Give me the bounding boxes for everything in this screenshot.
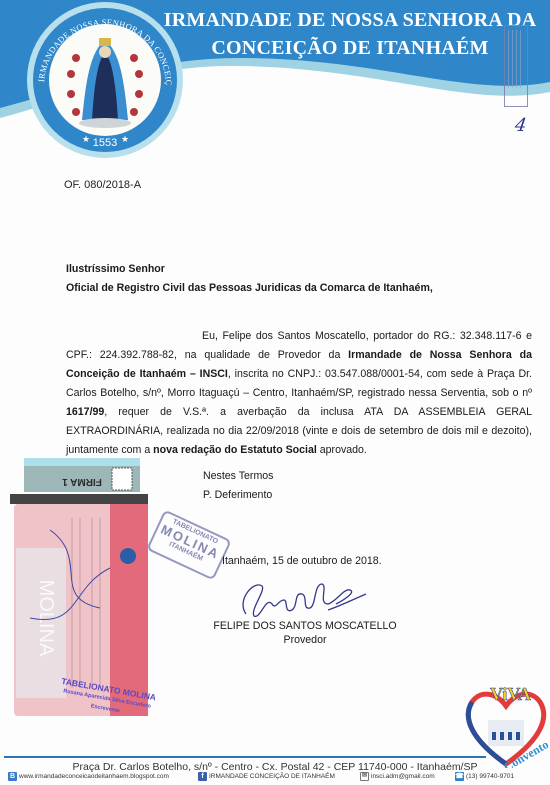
facebook-icon: f bbox=[198, 772, 207, 781]
viva-text: ViVA bbox=[490, 684, 531, 704]
closing-line-1: Nestes Termos bbox=[203, 467, 273, 486]
blog-link[interactable]: B www.irmandadeconceicaodeitanhaem.blogs… bbox=[8, 772, 169, 781]
title-line-2: CONCEIÇÃO DE ITANHAÉM bbox=[160, 34, 540, 62]
phone-link[interactable]: ☎ (13) 99740-9701 bbox=[455, 772, 514, 781]
signer-block: FELIPE DOS SANTOS MOSCATELLO Provedor bbox=[200, 619, 410, 647]
notary-seal-sticker: FIRMA 1 MOLINA bbox=[10, 458, 148, 716]
addressee: Ilustríssimo Senhor Oficial de Registro … bbox=[66, 260, 433, 298]
organization-title: IRMANDADE DE NOSSA SENHORA DA CONCEIÇÃO … bbox=[160, 6, 540, 62]
svg-text:★: ★ bbox=[121, 134, 129, 144]
signer-name: FELIPE DOS SANTOS MOSCATELLO bbox=[200, 619, 410, 633]
svg-text:★: ★ bbox=[82, 134, 90, 144]
body-paragraph: Eu, Felipe dos Santos Moscatello, portad… bbox=[66, 327, 532, 460]
email-icon: ✉ bbox=[360, 772, 369, 781]
protocol-stamp bbox=[504, 25, 528, 107]
tabelionato-stamp: TABELIONATO MOLINA ITANHAÉM bbox=[146, 509, 232, 580]
seal-year: 1553 bbox=[93, 137, 117, 149]
blog-url[interactable]: www.irmandadeconceicaodeitanhaem.blogspo… bbox=[19, 773, 169, 780]
phone-icon: ☎ bbox=[455, 772, 464, 781]
statute-reference: nova redação do Estatuto Social bbox=[153, 444, 317, 456]
viva-convento-logo: ViVA Convento bbox=[462, 678, 550, 768]
place-and-date: Itanhaém, 15 de outubro de 2018. bbox=[222, 555, 382, 567]
registration-number: 1617/99 bbox=[66, 406, 104, 418]
footer-divider bbox=[4, 756, 486, 758]
blogger-icon: B bbox=[8, 772, 17, 781]
signature bbox=[232, 570, 372, 625]
signer-role: Provedor bbox=[200, 633, 410, 647]
salutation: Ilustríssimo Senhor bbox=[66, 260, 433, 279]
facebook-link[interactable]: f IRMANDADE CONCEIÇÃO DE ITANHAÉM bbox=[198, 772, 335, 781]
firma-label: FIRMA 1 bbox=[62, 476, 102, 487]
closing: Nestes Termos P. Deferimento bbox=[203, 467, 273, 505]
phone-number[interactable]: (13) 99740-9701 bbox=[466, 773, 514, 780]
recipient: Oficial de Registro Civil das Pessoas Ju… bbox=[66, 279, 433, 298]
title-line-1: IRMANDADE DE NOSSA SENHORA DA bbox=[160, 6, 540, 34]
footer-contacts: B www.irmandadeconceicaodeitanhaem.blogs… bbox=[0, 772, 550, 784]
letter-body: Eu, Felipe dos Santos Moscatello, portad… bbox=[66, 327, 532, 460]
email-link[interactable]: ✉ insci.adm@gmail.com bbox=[360, 772, 435, 781]
organization-seal: IRMANDADE NOSSA SENHORA DA CONCEIÇÃO DE … bbox=[24, 2, 186, 170]
body-text-4: aprovado. bbox=[317, 444, 367, 456]
email-address[interactable]: insci.adm@gmail.com bbox=[371, 773, 435, 780]
facebook-name[interactable]: IRMANDADE CONCEIÇÃO DE ITANHAÉM bbox=[209, 773, 335, 780]
office-reference: OF. 080/2018-A bbox=[64, 179, 141, 191]
closing-line-2: P. Deferimento bbox=[203, 486, 273, 505]
